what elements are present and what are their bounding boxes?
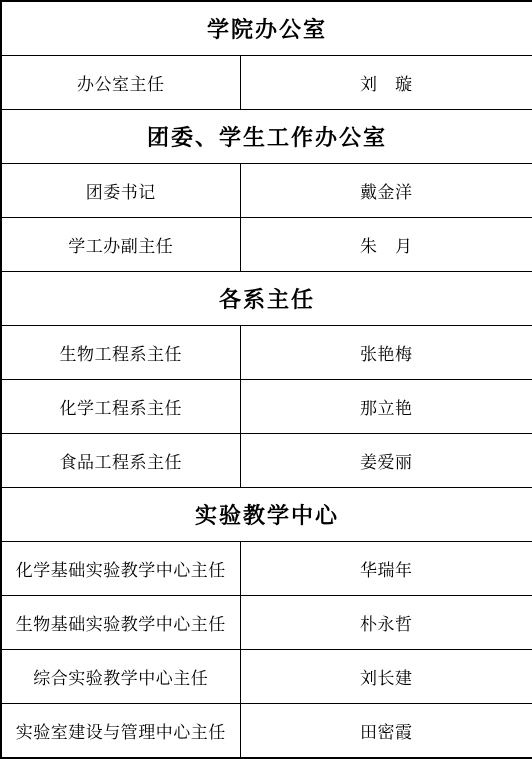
position-cell: 化学基础实验教学中心主任 [1, 542, 240, 596]
name-cell: 那立艳 [240, 380, 532, 434]
position-cell: 生物工程系主任 [1, 326, 240, 380]
position-cell: 学工办副主任 [1, 218, 240, 272]
table-row: 生物工程系主任 张艳梅 [1, 326, 532, 380]
section-header-row: 学院办公室 [1, 1, 532, 56]
position-cell: 生物基础实验教学中心主任 [1, 596, 240, 650]
name-cell: 张艳梅 [240, 326, 532, 380]
name-cell: 姜爱丽 [240, 434, 532, 488]
table-row: 食品工程系主任 姜爱丽 [1, 434, 532, 488]
position-cell: 团委书记 [1, 164, 240, 218]
name-cell: 刘长建 [240, 650, 532, 704]
name-cell: 朴永哲 [240, 596, 532, 650]
section-header: 学院办公室 [1, 1, 532, 56]
table-row: 团委书记 戴金洋 [1, 164, 532, 218]
name-cell: 刘 璇 [240, 56, 532, 110]
table-row: 学工办副主任 朱 月 [1, 218, 532, 272]
position-cell: 办公室主任 [1, 56, 240, 110]
position-cell: 综合实验教学中心主任 [1, 650, 240, 704]
position-cell: 食品工程系主任 [1, 434, 240, 488]
name-cell: 华瑞年 [240, 542, 532, 596]
table-row: 综合实验教学中心主任 刘长建 [1, 650, 532, 704]
section-header: 各系主任 [1, 272, 532, 326]
table-row: 实验室建设与管理中心主任 田密霞 [1, 704, 532, 759]
section-header: 团委、学生工作办公室 [1, 110, 532, 164]
name-cell: 田密霞 [240, 704, 532, 759]
staff-table: 学院办公室 办公室主任 刘 璇 团委、学生工作办公室 团委书记 戴金洋 学工办副… [0, 0, 532, 759]
table-row: 化学基础实验教学中心主任 华瑞年 [1, 542, 532, 596]
section-header-row: 实验教学中心 [1, 488, 532, 542]
section-header: 实验教学中心 [1, 488, 532, 542]
name-cell: 戴金洋 [240, 164, 532, 218]
position-cell: 化学工程系主任 [1, 380, 240, 434]
position-cell: 实验室建设与管理中心主任 [1, 704, 240, 759]
section-header-row: 团委、学生工作办公室 [1, 110, 532, 164]
table-row: 办公室主任 刘 璇 [1, 56, 532, 110]
table-row: 生物基础实验教学中心主任 朴永哲 [1, 596, 532, 650]
name-cell: 朱 月 [240, 218, 532, 272]
table-row: 化学工程系主任 那立艳 [1, 380, 532, 434]
section-header-row: 各系主任 [1, 272, 532, 326]
